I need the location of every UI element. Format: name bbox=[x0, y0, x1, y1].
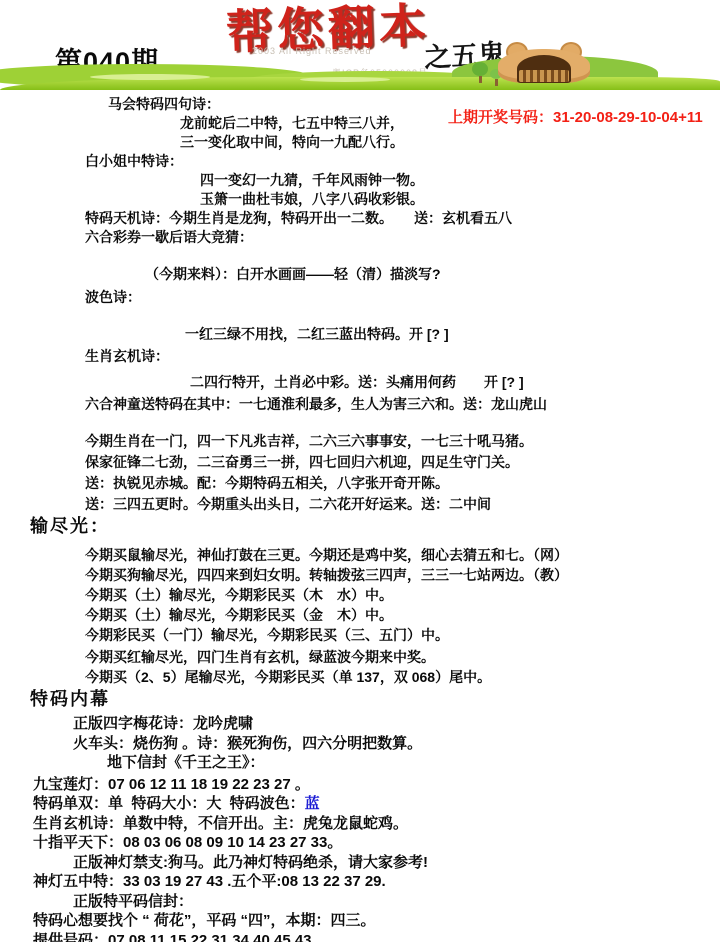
shujinguang-line: 今期买（2、5）尾输尽光，今期彩民买（单 137，双 068）尾中。 bbox=[85, 667, 720, 687]
poem-line: 今期生肖在一门，四一下凡兆吉祥，二六三六事事安，一七三十吼马猪。 bbox=[85, 432, 720, 451]
section-heading-shujinguang: 输尽光： bbox=[30, 514, 720, 538]
neimu-line-danshuang: 特码单双：单 特码大小：大 特码波色：蓝 bbox=[33, 794, 720, 814]
tree-icon bbox=[472, 62, 488, 83]
neimu-line: 提供号码：07 08 11 15 22 31 34 40 45 43。 bbox=[33, 931, 720, 942]
poem-line: 二四行特开，土肖必中彩。送：头痛用何药 开 [? ] bbox=[190, 373, 720, 392]
sheet-content: 马会特码四句诗： 龙前蛇后二中特，七五中特三八并， 三一变化取中间，特向一九配八… bbox=[0, 95, 720, 942]
shujinguang-line: 今期买（土）输尽光，今期彩民买（金 木）中。 bbox=[85, 605, 720, 625]
poem-line: 四一变幻一九猜，千年风雨钟一物。 bbox=[200, 171, 720, 190]
shujinguang-line: 今期彩民买（一门）输尽光，今期彩民买（三、五门）中。 bbox=[85, 625, 720, 645]
tree-crown bbox=[472, 62, 488, 76]
poem-line: 保家征锋二七劲，二三奋勇三一拼，四七回归六机迎，四足生守门关。 bbox=[85, 453, 720, 472]
poem-line: 特码天机诗：今期生肖是龙狗，特码开出一二数。 送：玄机看五八 bbox=[85, 209, 720, 228]
lottery-tip-sheet: 第040期 帮您翻本 之五鬼 2003 All Right Reserved 粤… bbox=[0, 0, 720, 942]
neimu-line: 九宝莲灯：07 06 12 11 18 19 22 23 27 。 bbox=[33, 775, 720, 795]
watermark-text: 2003 All Right Reserved bbox=[252, 46, 372, 56]
shujinguang-line: 今期买鼠输尽光，神仙打鼓在三更。今期还是鸡中奖，细心去猜五和七。（网） bbox=[85, 545, 720, 565]
poem-line: 送：三四五更时。今期重头出头日，二六花开好运来。送：二中间 bbox=[85, 495, 720, 514]
poem-line: 玉箫一曲杜韦娘，八字八码收彩银。 bbox=[200, 190, 720, 209]
poem-line: 龙前蛇后二中特，七五中特三八并， bbox=[180, 114, 720, 133]
neimu-line: 十指平天下：08 03 06 08 09 10 14 23 27 33。 bbox=[33, 833, 720, 853]
poem-line: 六合彩券一歇后语大竞猜： bbox=[85, 228, 720, 247]
neimu-line: 生肖玄机诗：单数中特，不信开出。主：虎兔龙鼠蛇鸡。 bbox=[33, 814, 720, 834]
danshuang-text: 特码单双：单 特码大小：大 特码波色： bbox=[33, 795, 305, 812]
bear-icon bbox=[498, 42, 590, 86]
poem-line: 送：执锐见赤城。配：今期特码五相关，八字张开奇开陈。 bbox=[85, 474, 720, 493]
poem-line: 六合神童送特码在其中：一七通淮利最多，生人为害三六和。送：龙山虎山 bbox=[85, 395, 720, 414]
grass-highlight bbox=[300, 77, 390, 82]
neimu-line: 特码心想要找个 “ 荷花”，平码 “四”，本期：四三。 bbox=[33, 911, 720, 931]
poem-line: 生肖玄机诗： bbox=[85, 347, 720, 366]
section-heading-neimu: 特码内幕 bbox=[30, 687, 720, 711]
neimu-line: 正版神灯禁支:狗马。此乃神灯特码绝杀，请大家参考! bbox=[73, 853, 720, 873]
wave-color-blue-value: 蓝 bbox=[305, 795, 320, 812]
poem-line: 三一变化取中间，特向一九配八行。 bbox=[180, 133, 720, 152]
fence-decoration bbox=[519, 70, 569, 82]
shujinguang-line: 今期买狗输尽光，四四来到妇女明。转轴拨弦三四声，三三一七站两边。（教） bbox=[85, 565, 720, 585]
poem-line: 白小姐中特诗： bbox=[85, 152, 720, 171]
grass-decoration bbox=[0, 60, 720, 92]
poem-line: 波色诗： bbox=[85, 288, 720, 307]
grass-highlight bbox=[90, 74, 210, 80]
tree-trunk bbox=[479, 76, 482, 83]
poem-line: 马会特码四句诗： bbox=[108, 95, 720, 114]
neimu-line: 神灯五中特：33 03 19 27 43 .五个平:08 13 22 37 29… bbox=[33, 872, 720, 892]
poem-line: （今期来料）：白开水画画——轻（清）描淡写? bbox=[145, 265, 720, 284]
neimu-line: 地下信封《千王之王》： bbox=[107, 753, 720, 773]
neimu-line: 正版四字梅花诗：龙吟虎啸 bbox=[73, 714, 720, 734]
shujinguang-line: 今期买（土）输尽光，今期彩民买（木 水）中。 bbox=[85, 585, 720, 605]
neimu-line: 正版特平码信封： bbox=[73, 892, 720, 912]
shujinguang-line: 今期买红输尽光，四门生肖有玄机，绿蓝波今期来中奖。 bbox=[85, 647, 720, 667]
neimu-line: 火车头：烧伤狗 。诗：猴死狗伤，四六分明把数算。 bbox=[73, 734, 720, 754]
poem-line: 一红三绿不用找，二红三蓝出特码。开 [? ] bbox=[185, 325, 720, 344]
